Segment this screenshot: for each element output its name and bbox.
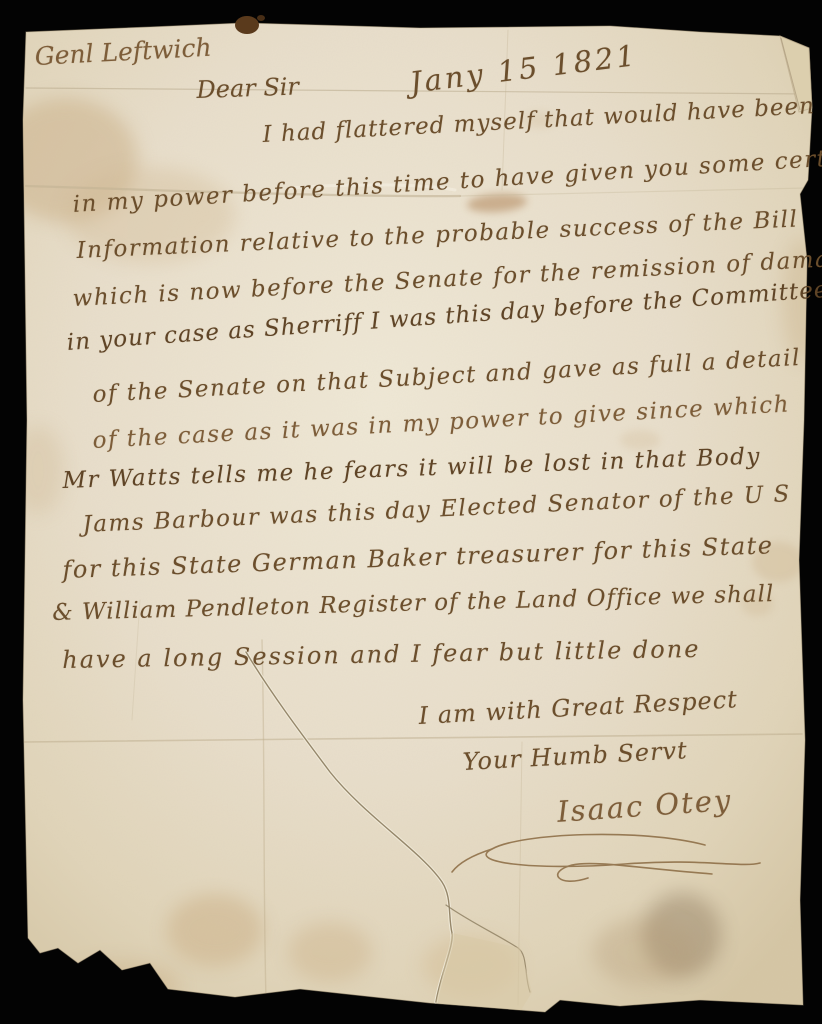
scanned-letter-photo: Genl Leftwich Dear Sir Jany 15 1821 I ha… [0, 0, 822, 1024]
letter-salutation: Dear Sir [196, 72, 299, 104]
